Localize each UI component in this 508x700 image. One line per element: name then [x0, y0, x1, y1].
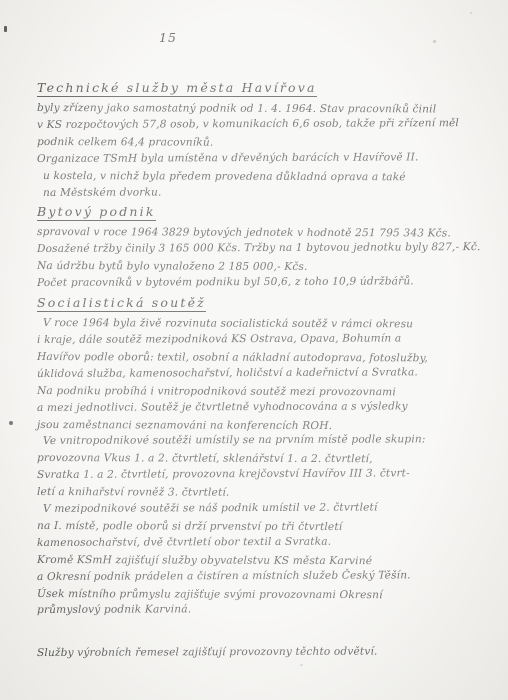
handwritten-line: Svratka 1. a 2. čtvrtletí, provozovna kr… — [37, 465, 478, 484]
handwritten-line: úklidová služba, kamenosochařství, holič… — [37, 364, 478, 383]
handwritten-line: v KS rozpočtových 57,8 osob, v komunikac… — [37, 115, 478, 134]
scan-speck — [4, 26, 7, 32]
scan-speck — [9, 421, 13, 425]
section-heading: Bytový podnik — [37, 204, 156, 221]
handwritten-line: Počet pracovníků v bytovém podniku byl 5… — [37, 273, 478, 292]
handwritten-line: Ve vnitropodnikové soutěži umístily se n… — [37, 431, 478, 450]
scan-speck — [433, 40, 436, 43]
handwritten-line: Dosažené tržby činily 3 165 000 Kčs. Trž… — [37, 239, 478, 258]
page-number: 15 — [159, 30, 478, 45]
handwritten-line: průmyslový podnik Karviná. — [37, 601, 478, 620]
section-bytovy-podnik: Bytový podnik spravoval v roce 1964 3829… — [37, 201, 478, 292]
handwritten-line: Služby výrobních řemesel zajišťují provo… — [37, 643, 478, 662]
handwritten-line: kamenosochařství, dvě čtvrtletí obor tex… — [37, 533, 478, 552]
scanned-document-page: 15 Technické služby města Havířova byly … — [0, 0, 508, 700]
handwritten-line: Organizace TSmH byla umístěna v dřevěnýc… — [37, 149, 478, 168]
section-socialisticka-soutez: Socialistická soutěž V roce 1964 byla ži… — [37, 292, 478, 619]
handwritten-line: a Okresní podnik prádelen a čistíren a m… — [37, 567, 478, 586]
section-closing: Služby výrobních řemesel zajišťují provo… — [37, 645, 478, 662]
scan-speck — [300, 664, 303, 666]
handwritten-line: a mezi jednotlivci. Soutěž je čtvrtletně… — [37, 398, 478, 417]
handwritten-line: na Městském dvorku. — [37, 183, 478, 202]
handwritten-line: i kraje, dále soutěž mezipodniková KS Os… — [37, 330, 478, 349]
section-heading: Socialistická soutěž — [37, 295, 206, 312]
document-content: Technické služby města Havířova byly zří… — [37, 77, 478, 662]
section-heading: Technické služby města Havířova — [37, 80, 317, 97]
scan-speck — [470, 12, 472, 14]
handwritten-line: V mezipodnikové soutěži se náš podnik um… — [37, 499, 478, 518]
section-technicke-sluzby: Technické služby města Havířova byly zří… — [37, 77, 478, 201]
